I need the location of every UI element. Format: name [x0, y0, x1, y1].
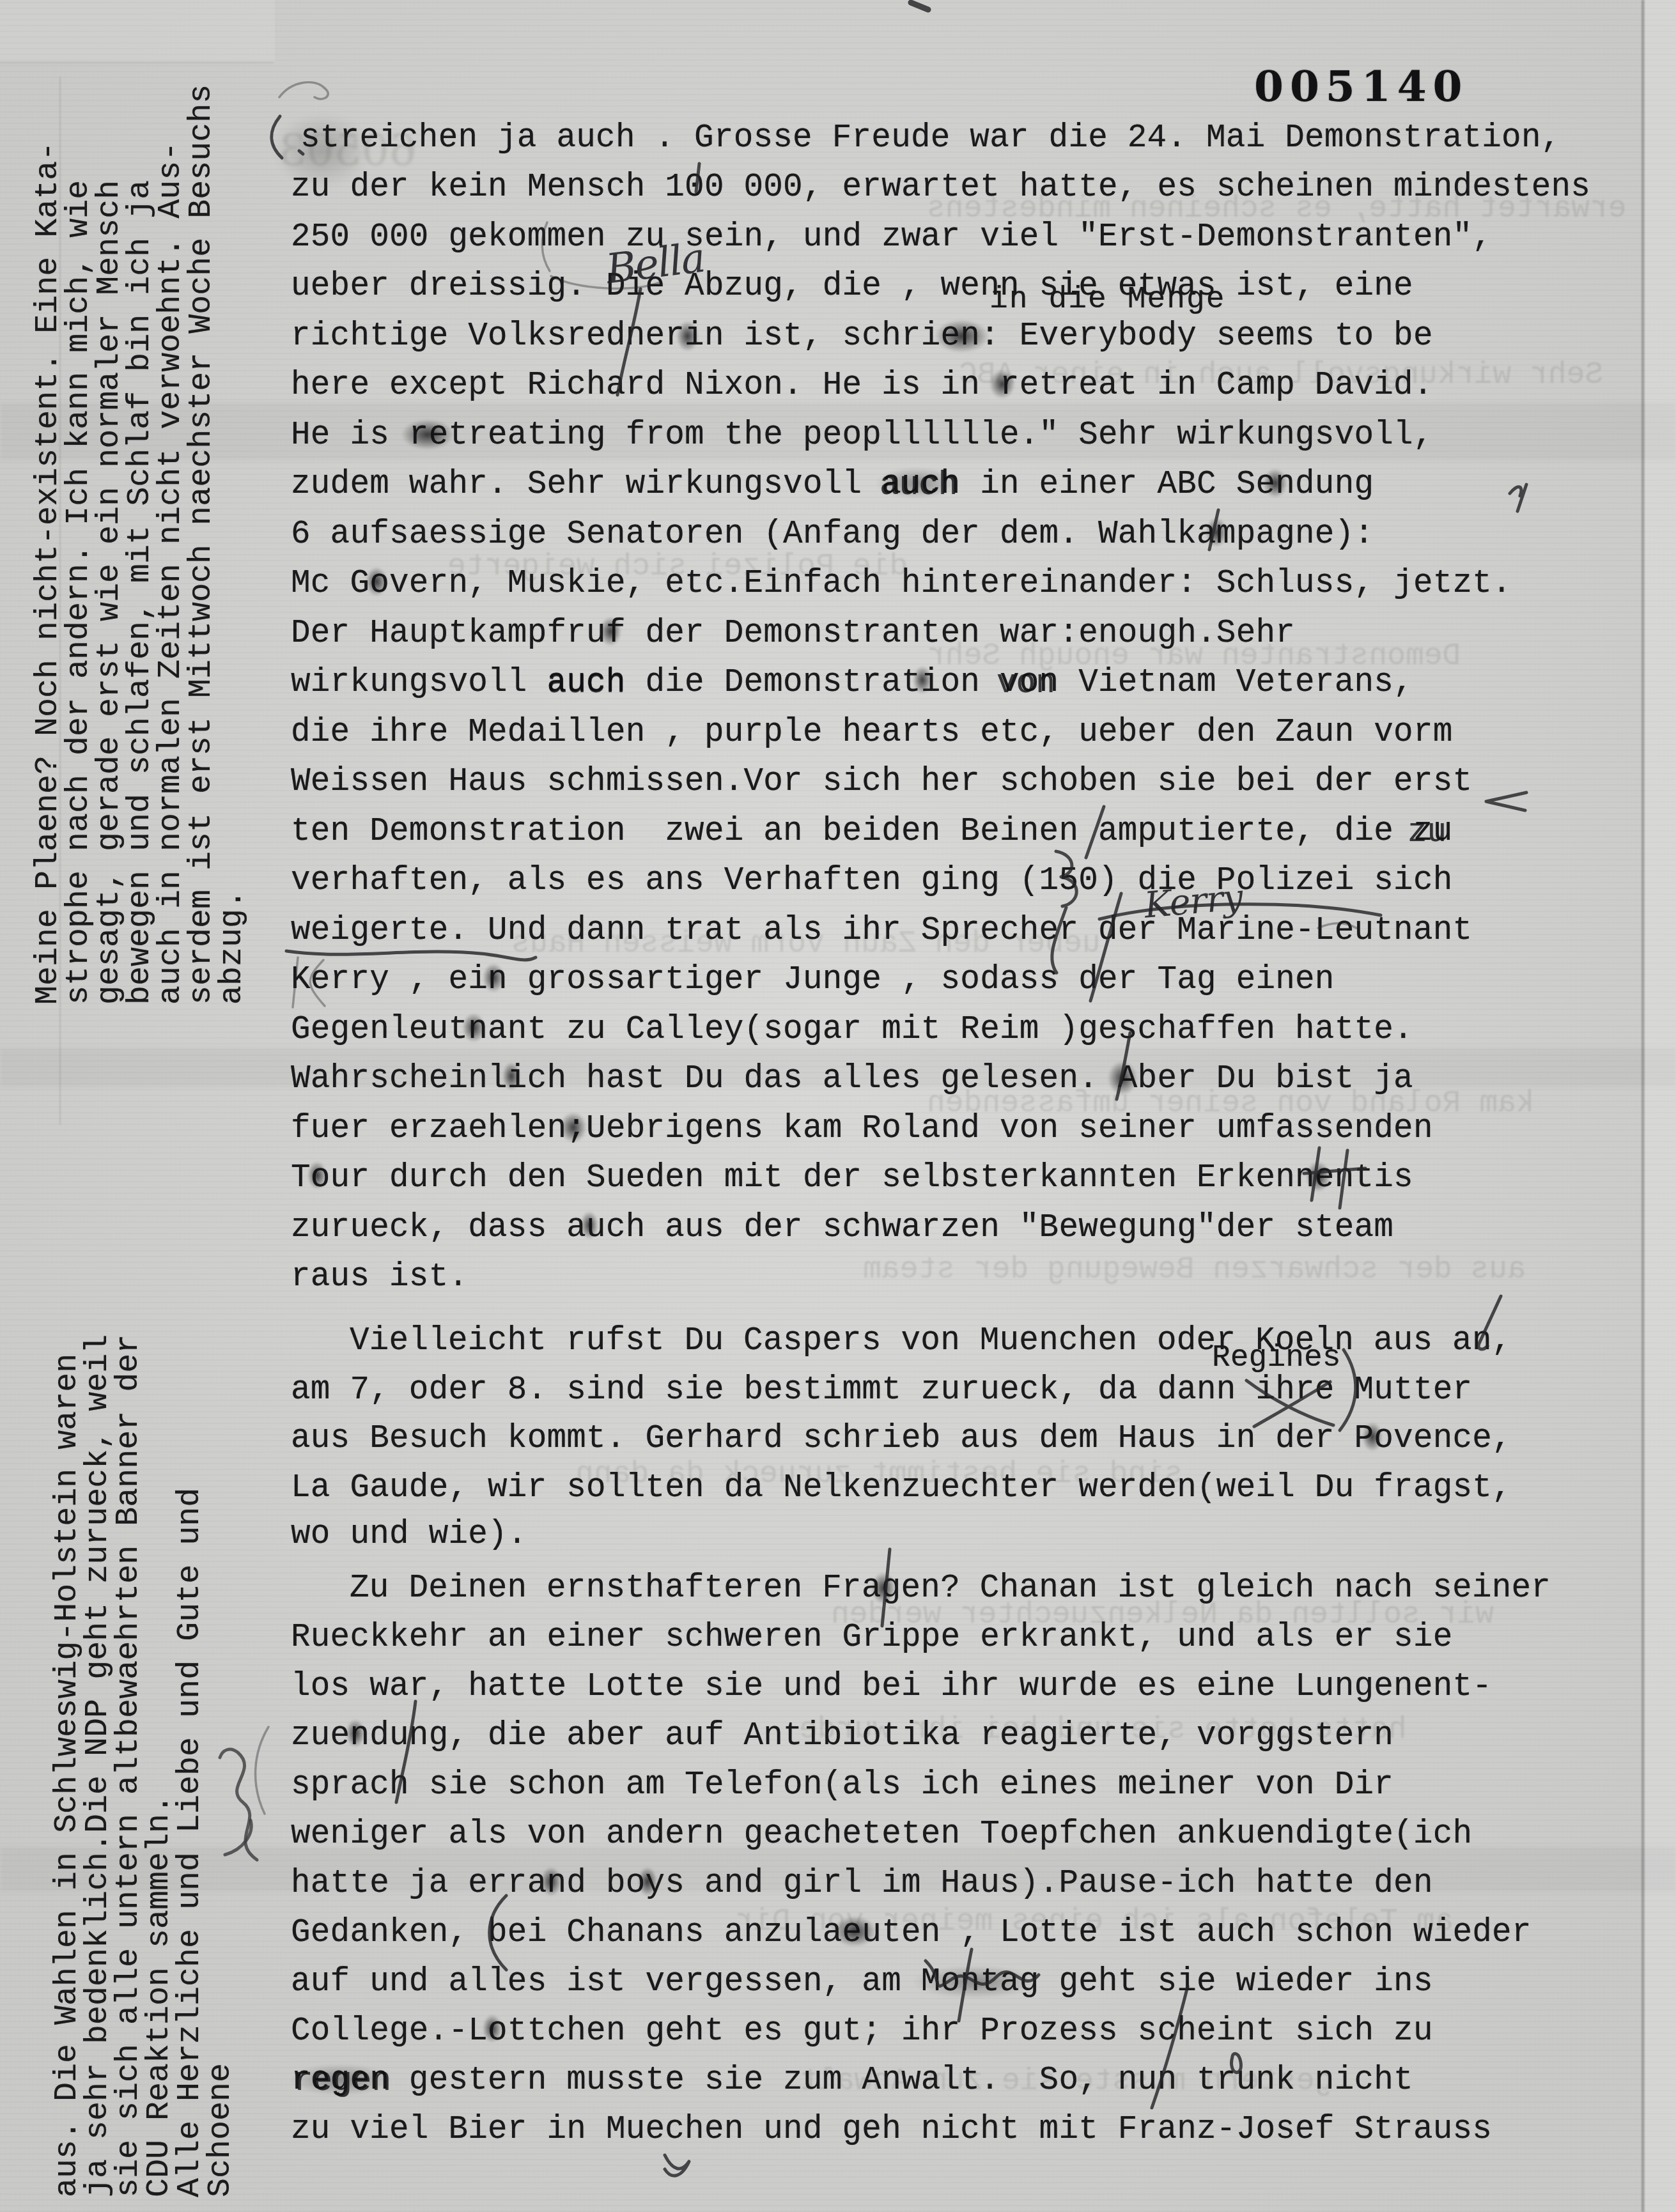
- margin-note-line: sie sich alle untern altbewaehrten Banne…: [114, 1213, 144, 2197]
- margin-note-line: Schoene: [206, 1213, 237, 2197]
- hand-check-icon: [1510, 484, 1526, 511]
- hand-arrow-icon: [1486, 793, 1526, 810]
- hand-bracket-icon: [542, 222, 550, 271]
- paper-top-edge: [0, 62, 274, 63]
- hand-letter-k-icon: [293, 957, 325, 1007]
- margin-note-line: aus. Die Wahlen in Schlweswig-Holstein w…: [52, 1213, 83, 2197]
- margin-note-line: ja sehr bedenklich.Die NDP geht zurueck,…: [83, 1213, 114, 2197]
- margin-note-bottom: aus. Die Wahlen in Schlweswig-Holstein w…: [52, 1213, 270, 2197]
- hand-underline-icon: [286, 951, 536, 960]
- hand-slash-icon: [1478, 1296, 1501, 1349]
- scanner-margin-right: [1645, 0, 1676, 2212]
- hand-caret-icon: [617, 289, 640, 395]
- margin-note-line: CDU Reaktion sammeln.: [144, 1213, 175, 2197]
- hand-curve-icon: [1318, 924, 1356, 929]
- scanner-margin-top-left: [0, 0, 275, 61]
- hand-stroke-icon: [396, 1701, 415, 1802]
- hand-tick-icon: [696, 164, 699, 192]
- hand-cedilla-icon: [665, 2155, 689, 2176]
- hand-stroke-icon: [1152, 1986, 1188, 2108]
- hand-scribble-icon: [1232, 2053, 1241, 2072]
- hand-slash-icon: [882, 1549, 890, 1626]
- margin-note-line: Alle Herzliche und Liebe und Gute und: [175, 1213, 206, 2197]
- hand-scribble-icon: [279, 82, 328, 99]
- edge-mark-icon: [911, 3, 928, 10]
- hand-slash-icon: [1117, 1033, 1130, 1099]
- margin-note-line: bewegen und schlafen, mit Schlaf bin ich…: [125, 46, 156, 1005]
- hand-underline-icon: [551, 276, 660, 288]
- margin-note-line: strophe nach der andern. Ich kann mich, …: [64, 46, 95, 1005]
- hand-stroke-icon: [959, 1949, 972, 2021]
- hand-dot-icon: [299, 151, 303, 154]
- margin-note-line: gesagt, gerade erst wie ein normaler Men…: [95, 46, 125, 1005]
- hand-caret-icon: [1090, 893, 1121, 1001]
- hand-slash-icon: [1086, 807, 1104, 858]
- hand-crossout-icon: [1246, 1381, 1333, 1427]
- hand-paren-icon: [272, 116, 282, 158]
- paper-right-edge: [1641, 0, 1644, 2212]
- hand-scribble-icon: [926, 1961, 1039, 1986]
- margin-note-line: auch in normalen Zeiten nicht verwoehnt.…: [156, 46, 187, 1005]
- margin-note-line: serdem ist erst Mittwoch naechster Woche…: [187, 46, 217, 1005]
- hand-correction-icon: [1304, 1148, 1365, 1208]
- paper-left-edge: [59, 77, 61, 1125]
- hand-paren-icon: [1340, 1350, 1356, 1430]
- hand-digit-3-icon: [1052, 851, 1076, 973]
- scanned-letter-page: { "page": { "archive_number": "005140" }…: [0, 0, 1676, 2212]
- hand-slash-icon: [1209, 510, 1218, 550]
- hand-curve-icon: [1099, 904, 1381, 919]
- margin-note-top: Meine Plaene? Noch nicht-existent. Eine …: [33, 46, 251, 1005]
- margin-note-line: abzug.: [217, 46, 248, 1005]
- hand-paren-icon: [490, 1896, 506, 1970]
